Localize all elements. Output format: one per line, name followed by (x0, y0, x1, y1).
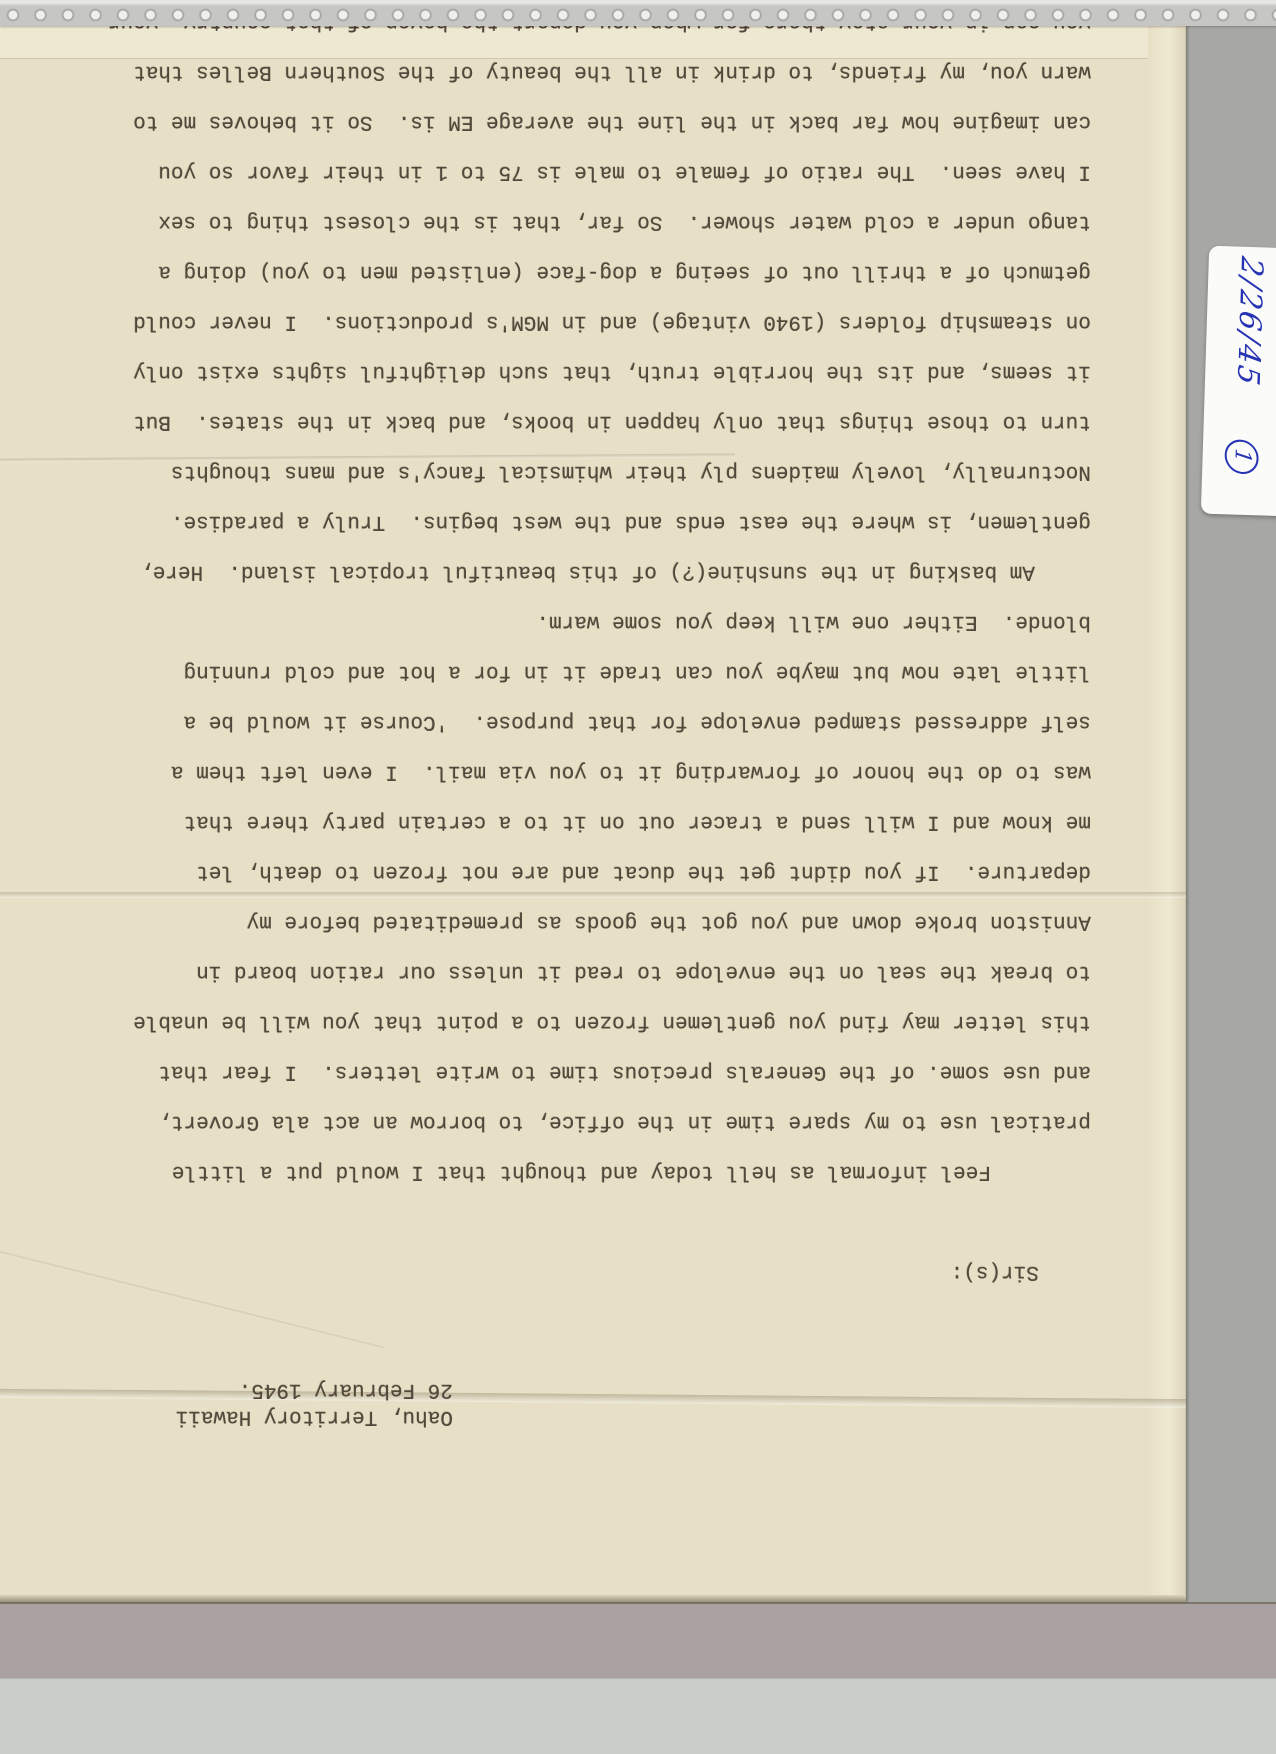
paper-bottom-edge (0, 1595, 1186, 1602)
letter-line: it seems, and its the horrible truth, th… (80, 346, 1091, 396)
letter-dateline: Oahu, Territory Hawaii26 February 1945. (80, 1376, 453, 1430)
letter-line: me know and I will send a tracer out on … (80, 796, 1091, 846)
letter-line: warn you, my friends, to drink in all th… (80, 46, 1091, 96)
letter-body: Feel informal as hell today and thought … (80, 0, 1091, 1196)
letter-line: Anniston broke down and you got the good… (80, 896, 1091, 946)
letter-sheet: Oahu, Territory Hawaii26 February 1945. … (0, 26, 1186, 1602)
sleeve-edge-band (0, 1602, 1276, 1680)
letter-line: getmuch of a thrill out of seeing a dog-… (80, 246, 1091, 296)
binder-strip (0, 0, 1276, 26)
scanner-background-band (0, 1678, 1276, 1754)
letter-line: Am basking in the sunshine(?) of this be… (80, 546, 1091, 596)
filing-label-writing: 2/26/45 1 (1223, 256, 1269, 507)
dateline-line: 26 February 1945. (80, 1376, 453, 1403)
letter-text-surface: Oahu, Territory Hawaii26 February 1945. … (0, 26, 1186, 1602)
letter-paragraph: Feel informal as hell today and thought … (80, 596, 1091, 1196)
letter-line: departure. If you didnt get the ducat an… (80, 846, 1091, 896)
letter-line: pratical use to my spare time in the off… (80, 1096, 1091, 1146)
letter-line: Feel informal as hell today and thought … (80, 1146, 1091, 1196)
letter-line: I have seen. The ratio of female to male… (80, 146, 1091, 196)
letter-line: turn to those things that only happen in… (80, 396, 1091, 446)
dateline-line: Oahu, Territory Hawaii (80, 1403, 453, 1430)
letter-line: and use some. of the Generals precious t… (80, 1046, 1091, 1096)
letter-line: gentlemen, is where the east ends and th… (80, 496, 1091, 546)
letter-paragraph: Am basking in the sunshine(?) of this be… (80, 0, 1091, 596)
page-number-circled: 1 (1224, 438, 1259, 477)
letter-line: blonde. Either one will keep you some wa… (80, 596, 1091, 646)
letter-line: on steamship folders (1940 vintage) and … (80, 296, 1091, 346)
letter-line: tango under a cold water shower. So far,… (80, 196, 1091, 246)
letter-salutation: Sir(s): (80, 1256, 1039, 1286)
handwritten-date: 2/26/45 (1230, 254, 1269, 390)
letter-line: can imagine how far back in the line the… (80, 96, 1091, 146)
letter-line: self addressed stamped envelope for that… (80, 696, 1091, 746)
letter-line: this letter may find you gentlemen froze… (80, 996, 1091, 1046)
letter-line: was to do the honor of forwarding it to … (80, 746, 1091, 796)
letter-line: to break the seal on the envelope to rea… (80, 946, 1091, 996)
letter-line: Nocturnally, lovely maidens ply their wh… (80, 446, 1091, 496)
scanned-page: { "label": { "date": "2/26/45", "page": … (0, 0, 1276, 1754)
letter-line: little late now but maybe you can trade … (80, 646, 1091, 696)
filing-label: 2/26/45 1 (1201, 246, 1276, 517)
